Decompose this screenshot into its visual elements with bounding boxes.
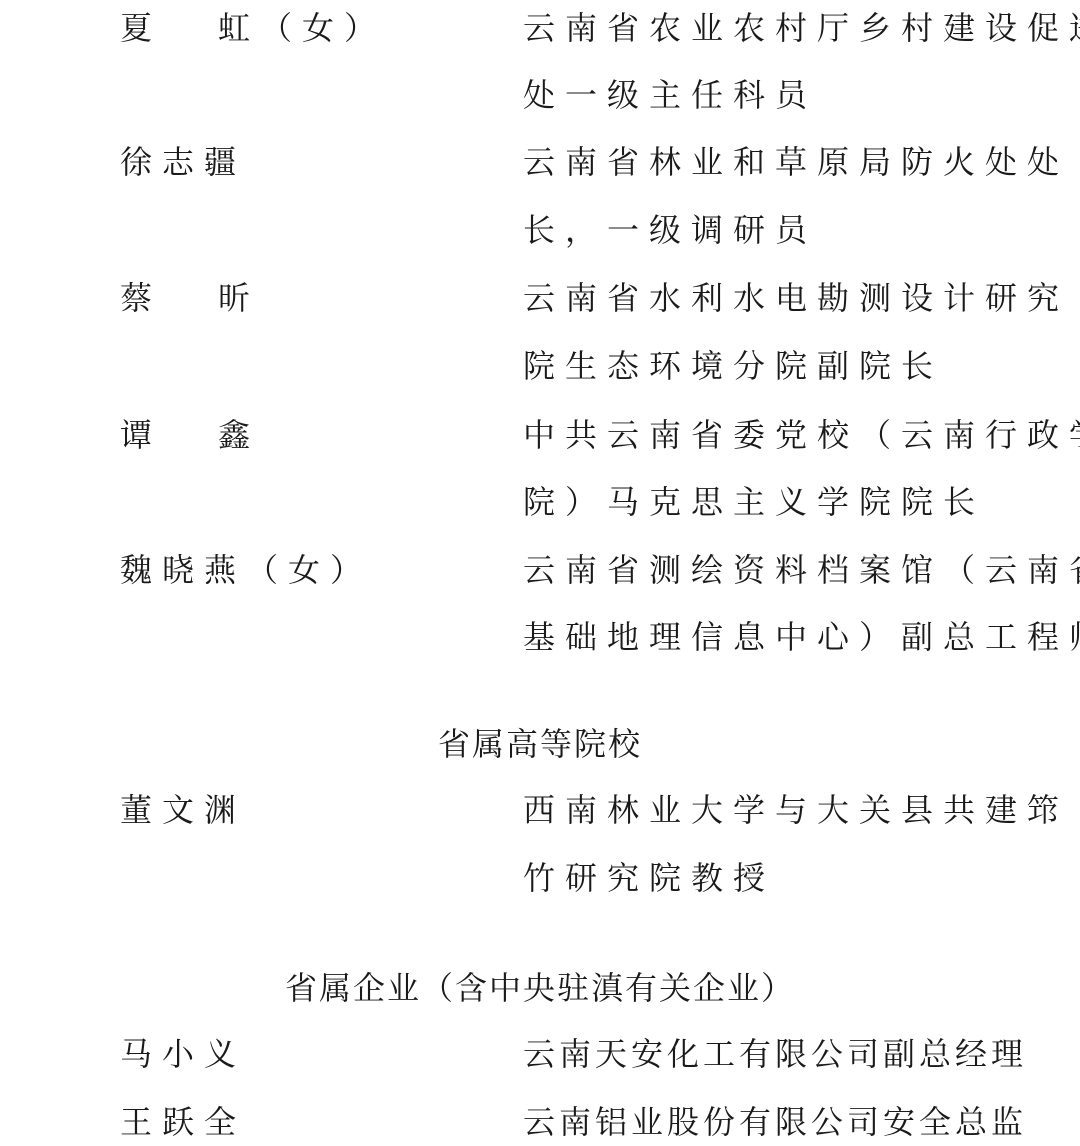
position-title-line: 云南省农业农村厅乡村建设促进	[523, 8, 1080, 48]
person-name: 魏晓燕（女）	[120, 550, 372, 590]
position-title-line: 云南省测绘资料档案馆（云南省	[523, 550, 1080, 590]
position-title-line: 西南林业大学与大关县共建筇	[523, 790, 1069, 830]
position-title-line: 长，一级调研员	[523, 210, 817, 250]
position-title-line: 处一级主任科员	[523, 75, 817, 115]
person-name: 马小义	[120, 1034, 246, 1074]
position-title-line: 云南铝业股份有限公司安全总监	[523, 1102, 1027, 1142]
position-title-line: 云南省水利水电勘测设计研究	[523, 278, 1069, 318]
name-part: 虹（女）	[218, 9, 386, 47]
position-title-line: 院生态环境分院副院长	[523, 346, 943, 386]
section-heading-enterprises: 省属企业（含中央驻滇有关企业）	[0, 968, 1080, 1008]
person-name: 谭鑫	[120, 415, 260, 455]
position-title-line: 云南天安化工有限公司副总经理	[523, 1034, 1027, 1074]
name-part: 谭	[120, 416, 162, 454]
position-title-line: 中共云南省委党校（云南行政学	[523, 415, 1080, 455]
position-title-line: 云南省林业和草原局防火处处	[523, 142, 1069, 182]
person-name: 王跃全	[120, 1102, 246, 1142]
person-name: 徐志疆	[120, 142, 246, 182]
name-part: 鑫	[218, 416, 260, 454]
person-name: 董文渊	[120, 790, 246, 830]
position-title-line: 竹研究院教授	[523, 858, 775, 898]
section-heading-universities: 省属高等院校	[0, 724, 1080, 764]
name-part: 夏	[120, 9, 162, 47]
name-part: 蔡	[120, 279, 162, 317]
position-title-line: 基础地理信息中心）副总工程师	[523, 617, 1080, 657]
person-name: 蔡昕	[120, 278, 260, 318]
person-name: 夏虹（女）	[120, 8, 386, 48]
position-title-line: 院）马克思主义学院院长	[523, 482, 985, 522]
name-part: 昕	[218, 279, 260, 317]
